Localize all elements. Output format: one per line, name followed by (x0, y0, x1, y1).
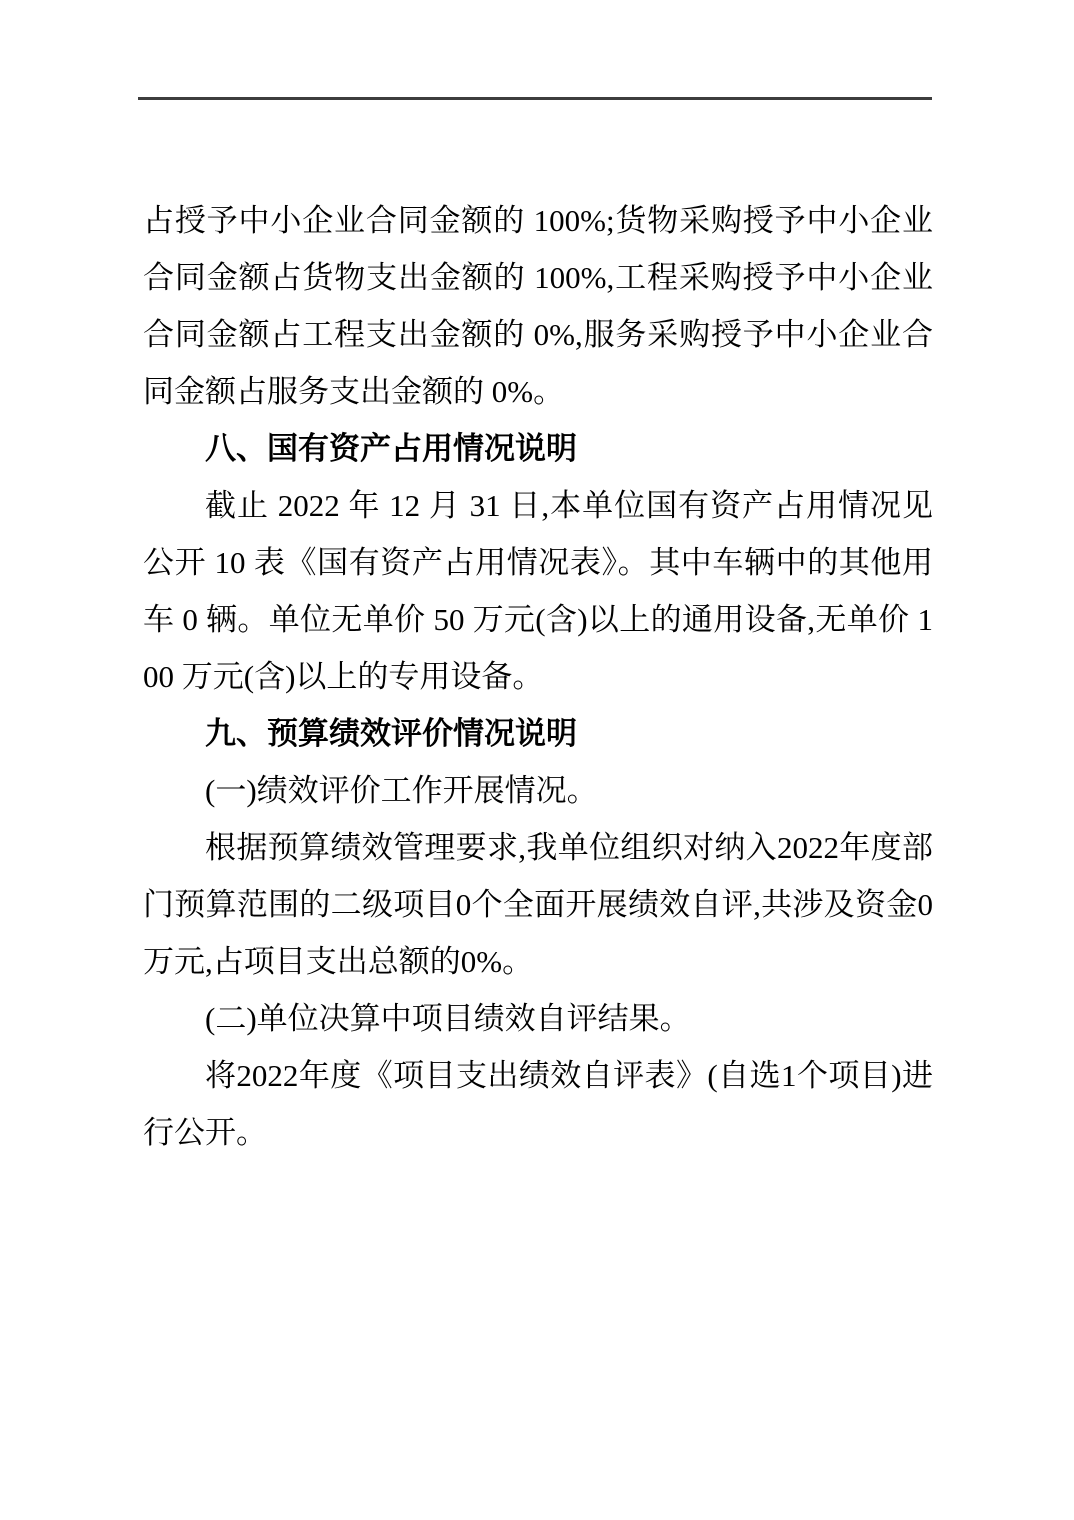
section-heading-9-performance-evaluation: 九、预算绩效评价情况说明 (143, 705, 933, 762)
section-heading-8-state-assets: 八、国有资产占用情况说明 (143, 420, 933, 477)
document-page: 占授予中小企业合同金额的 100%;货物采购授予中小企业合同金额占货物支出金额的… (0, 0, 1074, 1520)
subsection-2-title: (二)单位决算中项目绩效自评结果。 (143, 990, 933, 1047)
subsection-1-title: (一)绩效评价工作开展情况。 (143, 762, 933, 819)
document-body: 占授予中小企业合同金额的 100%;货物采购授予中小企业合同金额占货物支出金额的… (143, 192, 933, 1161)
paragraph-state-asset-usage: 截止 2022 年 12 月 31 日,本单位国有资产占用情况见公开 10 表《… (143, 477, 933, 705)
paragraph-performance-self-evaluation: 根据预算绩效管理要求,我单位组织对纳入2022年度部门预算范围的二级项目0个全面… (143, 819, 933, 990)
header-rule (138, 97, 932, 100)
paragraph-disclosure: 将2022年度《项目支出绩效自评表》(自选1个项目)进行公开。 (143, 1047, 933, 1161)
paragraph-procurement-continuation: 占授予中小企业合同金额的 100%;货物采购授予中小企业合同金额占货物支出金额的… (143, 192, 933, 420)
